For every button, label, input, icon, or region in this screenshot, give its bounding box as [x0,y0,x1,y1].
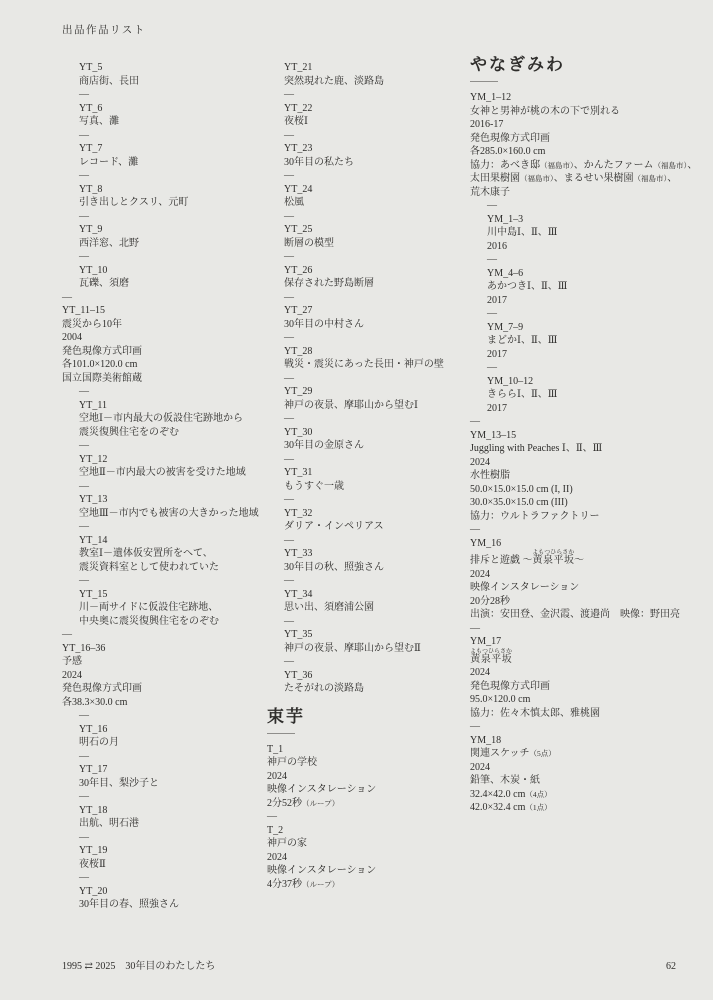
entry-text: YT_26 [284,265,312,276]
entry-text: 協力：佐々木慎太郎、雅桃園 [470,708,600,719]
entry-text: 30年目の私たち [284,157,354,168]
entry-id: YT_16 [79,723,260,737]
entry-line: 松風 [284,196,463,210]
entry-id: YT_14 [79,534,260,548]
entry-line: 2017 [487,348,708,362]
entry-line: 映像インスタレーション [470,581,708,595]
page-number: 62 [666,960,676,974]
entry-id: YT_5 [79,61,260,75]
entry-line: 荒木康子 [470,186,708,200]
entry-text: 空地Ⅰ－市内最大の仮設住宅跡地から [79,413,243,424]
entry-id: YT_31 [284,466,463,480]
entry: YT_3330年目の秋、照強さん [267,547,463,574]
entry-text: 発色現像方式印画 [470,681,550,692]
entry-id: YT_29 [284,385,463,399]
entry-line: 写真、灘 [79,115,260,129]
entry-line: 50.0×15.0×15.0 cm (I, II) [470,483,708,497]
entry-id: YT_12 [79,453,260,467]
entry-text: 各101.0×120.0 cm [62,359,137,370]
entry-text: 予感 [62,656,82,667]
entry: YT_16–36予感2024発色現像方式印画各38.3×30.0 cm [62,642,260,710]
entry: YT_34思い出、須磨浦公園 [267,588,463,615]
entry-text: 2024 [62,670,82,681]
entry-line: 教室Ⅰ－遺体仮安置所をへて、 [79,547,260,561]
entry-text: 、まるせい果樹園 [554,173,634,184]
entry-line: 川－両サイドに仮設住宅跡地、 [79,601,260,615]
entry-text: 30年目の秋、照強さん [284,562,384,573]
entry-text: 瓦礫、須磨 [79,278,129,289]
ruby-annotated-text: 黄泉平坂よもつひらさか [470,654,512,665]
entry-text: 、かんたファーム [574,160,654,171]
entry-line: 30年目の春、照強さん [79,898,260,912]
entry: YT_5商店街、長田 [62,61,260,88]
entry-id: YT_24 [284,183,463,197]
separator-dash: — [267,372,463,386]
entry-text: YT_11 [79,400,107,411]
entry-text: 2024 [267,852,287,863]
entry-note-small: （4点） [525,790,551,799]
separator-dash: — [470,253,708,267]
entry-text: 30年目の春、照強さん [79,899,179,910]
column-2: YT_21突然現れた鹿、淡路島—YT_22夜桜Ⅰ—YT_2330年目の私たち—Y… [267,61,463,891]
entry-text: 保存された野島断層 [284,278,374,289]
entry-line: 30年目の金原さん [284,439,463,453]
entry-line: 国立国際美術館蔵 [62,372,260,386]
entry-line: 2017 [487,294,708,308]
entry-text: 映像インスタレーション [267,865,376,876]
entry-id: YM_16 [470,537,708,551]
entry-text: 西洋窓、北野 [79,238,139,249]
entry-id: YT_32 [284,507,463,521]
separator-dash: — [470,361,708,375]
entry-line: 2016-17 [470,118,708,132]
entry-line: 関連スケッチ（5点） [470,747,708,761]
entry-line: あかつきⅠ、Ⅱ、Ⅲ [487,280,708,294]
entry-note-small: （福島市） [520,174,554,183]
entry-line: 神戸の夜景、摩耶山から望むⅠ [284,399,463,413]
separator-dash: — [62,628,260,642]
entry-text: 震災復興住宅をのぞむ [79,427,179,438]
entry-line: 映像インスタレーション [267,783,463,797]
entry-text: YM_1–12 [470,92,511,103]
entry-text: 、 [687,160,697,171]
entry-text: YT_9 [79,224,102,235]
entry-line: 出航、明石港 [79,817,260,831]
entry: YM_1–3川中島Ⅰ、Ⅱ、Ⅲ2016 [470,213,708,254]
entry-text: 水性樹脂 [470,470,510,481]
separator-dash: — [267,810,463,824]
entry-text: YT_16–36 [62,643,105,654]
entry-line: 排斥と遊戯 ～黄泉平坂よもつひらさか～ [470,550,708,568]
entry-line: 夜桜Ⅰ [284,115,463,129]
entry-note-small: （福島市） [633,174,667,183]
entry-line: 発色現像方式印画 [62,345,260,359]
entry-line: 4分37秒（ループ） [267,878,463,892]
entry-line: 30.0×35.0×15.0 cm (III) [470,496,708,510]
ruby-annotated-text: 黄泉平坂よもつひらさか [533,555,575,566]
entry: YT_2030年目の春、照強さん [62,885,260,912]
separator-dash: — [62,291,260,305]
entry-text: 関連スケッチ [470,748,530,759]
entry-text: YT_6 [79,103,102,114]
entry-line: 川中島Ⅰ、Ⅱ、Ⅲ [487,226,708,240]
entry-line: 発色現像方式印画 [470,680,708,694]
entry-id: YT_17 [79,763,260,777]
entry-id: YT_36 [284,669,463,683]
entry-text: 夜桜Ⅱ [79,859,106,870]
entry-text: YT_28 [284,346,312,357]
entry-line: 黄泉平坂よもつひらさか [470,649,708,667]
entry-line: 協力：ウルトラファクトリー [470,510,708,524]
entry-line: 発色現像方式印画 [470,132,708,146]
entry-line: もうすぐ一歳 [284,480,463,494]
entry-id: YM_10–12 [487,375,708,389]
separator-dash: — [470,307,708,321]
entry-id: YT_34 [284,588,463,602]
entry-line: Juggling with Peaches Ⅰ、Ⅱ、Ⅲ [470,442,708,456]
entry-text: 排斥と遊戯 ～ [470,555,533,566]
entry-text: YT_23 [284,143,312,154]
entry-line: 95.0×120.0 cm [470,693,708,707]
entry-text: 断層の模型 [284,238,334,249]
entry-text: 2016-17 [470,119,503,130]
entry-line: 夜桜Ⅱ [79,858,260,872]
separator-dash: — [267,615,463,629]
entry-text: 神戸の家 [267,838,307,849]
entry-id: YT_21 [284,61,463,75]
entry-text: 出航、明石港 [79,818,139,829]
entry-text: 2024 [470,667,490,678]
entry-line: 太田果樹園（福島市）、まるせい果樹園（福島市）、 [470,172,708,186]
entry-line: 2分52秒（ループ） [267,797,463,811]
entry-text: 2024 [267,771,287,782]
entry-text: 4分37秒 [267,879,302,890]
entry-id: YT_28 [284,345,463,359]
entry-line: 30年目の私たち [284,156,463,170]
entry: YM_7–9まどかⅠ、Ⅱ、Ⅲ2017 [470,321,708,362]
entry-text: 写真、灘 [79,116,119,127]
entry-id: YT_22 [284,102,463,116]
entry: YT_26保存された野島断層 [267,264,463,291]
entry-line: 2017 [487,402,708,416]
entry-text: 2017 [487,295,507,306]
entry-line: 映像インスタレーション [267,864,463,878]
entry-id: YT_15 [79,588,260,602]
entry: YT_2330年目の私たち [267,142,463,169]
document-page: 出品作品リスト YT_5商店街、長田—YT_6写真、灘—YT_7レコード、灘—Y… [0,0,713,1000]
entry-line: 各38.3×30.0 cm [62,696,260,710]
entry-text: 2024 [470,569,490,580]
entry-text: YT_22 [284,103,312,114]
entry-text: 30年目、梨沙子と [79,778,159,789]
entry-text: 女神と男神が桃の木の下で別れる [470,106,620,117]
entry: YT_7レコード、灘 [62,142,260,169]
entry-line: 神戸の夜景、摩耶山から望むⅡ [284,642,463,656]
entry-text: 30年目の金原さん [284,440,364,451]
entry-text: 夜桜Ⅰ [284,116,308,127]
entry-text: 教室Ⅰ－遺体仮安置所をへて、 [79,548,213,559]
entry-text: 2024 [470,457,490,468]
separator-dash: — [267,493,463,507]
entry-text: 20分28秒 [470,596,510,607]
column-3: やなぎみわYM_1–12女神と男神が桃の木の下で別れる2016-17発色現像方式… [470,55,708,815]
entry: YM_10–12きららⅠ、Ⅱ、Ⅲ2017 [470,375,708,416]
entry-text: 震災資料室として使われていた [79,562,219,573]
entry-line: 神戸の家 [267,837,463,851]
entry-line: 42.0×32.4 cm（1点） [470,801,708,815]
entry: YT_2730年目の中村さん [267,304,463,331]
entry-line: 神戸の学校 [267,756,463,770]
heading-rule [267,733,295,734]
entry: YT_24松風 [267,183,463,210]
entry-id: YM_13–15 [470,429,708,443]
entry-line: 各285.0×160.0 cm [470,145,708,159]
entry-line: 震災資料室として使われていた [79,561,260,575]
entry-line: 女神と男神が桃の木の下で別れる [470,105,708,119]
separator-dash: — [62,574,260,588]
entry-line: 各101.0×120.0 cm [62,358,260,372]
entry-note-small: （福島市） [540,161,574,170]
separator-dash: — [267,291,463,305]
separator-dash: — [267,453,463,467]
entry: YT_22夜桜Ⅰ [267,102,463,129]
entry-line: 震災から10年 [62,318,260,332]
entry-text: Juggling with Peaches Ⅰ、Ⅱ、Ⅲ [470,443,602,454]
artist-heading: 束芋 [267,707,463,727]
entry-id: T_2 [267,824,463,838]
separator-dash: — [62,709,260,723]
entry: YT_11–15震災から10年2004発色現像方式印画各101.0×120.0 … [62,304,260,385]
separator-dash: — [62,169,260,183]
entry-text: YT_16 [79,724,107,735]
page-footer: 1995 ⇄ 2025 30年目のわたしたち 62 [62,960,676,974]
entry-text: 映像インスタレーション [267,784,376,795]
entry: YM_18関連スケッチ（5点）2024鉛筆、木炭・紙32.4×42.0 cm（4… [470,734,708,815]
entry: YT_13空地Ⅲ－市内でも被害の大きかった地域 [62,493,260,520]
entry: YM_17黄泉平坂よもつひらさか2024発色現像方式印画95.0×120.0 c… [470,635,708,720]
entry-line: 西洋窓、北野 [79,237,260,251]
entry-text: YT_30 [284,427,312,438]
entry-line: 2004 [62,331,260,345]
separator-dash: — [267,88,463,102]
entry-text: 30年目の中村さん [284,319,364,330]
separator-dash: — [267,250,463,264]
separator-dash: — [267,331,463,345]
entry-line: 引き出しとクスリ、元町 [79,196,260,210]
entry-text: YT_24 [284,184,312,195]
separator-dash: — [62,871,260,885]
entry-text: YM_4–6 [487,268,523,279]
separator-dash: — [62,88,260,102]
entry: YM_13–15Juggling with Peaches Ⅰ、Ⅱ、Ⅲ2024水… [470,429,708,524]
entry-id: YT_11–15 [62,304,260,318]
entry-line: たそがれの淡路島 [284,682,463,696]
separator-dash: — [62,750,260,764]
entry-text: 2017 [487,349,507,360]
entry-text: YT_36 [284,670,312,681]
entry-id: YT_6 [79,102,260,116]
entry: YT_32ダリア・インペリアス [267,507,463,534]
entry-text: 引き出しとクスリ、元町 [79,197,188,208]
entry-text: YT_7 [79,143,102,154]
entry-text: YM_16 [470,538,501,549]
separator-dash: — [267,169,463,183]
entry-text: 川－両サイドに仮設住宅跡地、 [79,602,218,613]
entry-text: 各285.0×160.0 cm [470,146,545,157]
entry: YT_16明石の月 [62,723,260,750]
entry-text: YT_31 [284,467,312,478]
separator-dash: — [470,415,708,429]
entry-line: 出演：安田登、金沢霞、渡邉尚 映像：野田亮 [470,608,708,622]
entry-text: 鉛筆、木炭・紙 [470,775,540,786]
entry-text: 空地Ⅱ－市内最大の被害を受けた地域 [79,467,246,478]
separator-dash: — [62,439,260,453]
entry: YT_28戦災・震災にあった長田・神戸の壁 [267,345,463,372]
heading-rule [470,81,498,82]
entry-line: 震災復興住宅をのぞむ [79,426,260,440]
entry-text: あかつきⅠ、Ⅱ、Ⅲ [487,281,567,292]
entry-line: 空地Ⅰ－市内最大の仮設住宅跡地から [79,412,260,426]
entry-line: 20分28秒 [470,595,708,609]
entry-text: YT_13 [79,494,107,505]
entry-text: 32.4×42.0 cm [470,789,525,800]
entry-text: 商店街、長田 [79,76,139,87]
entry-note-small: （5点） [530,749,556,758]
entry-text: ダリア・インペリアス [284,521,384,532]
entry-text: 川中島Ⅰ、Ⅱ、Ⅲ [487,227,557,238]
separator-dash: — [62,790,260,804]
entry-text: 荒木康子 [470,187,510,198]
entry-text: YT_19 [79,845,107,856]
entry: YT_19夜桜Ⅱ [62,844,260,871]
entry-text: 2分52秒 [267,798,302,809]
entry: YM_1–12女神と男神が桃の木の下で別れる2016-17発色現像方式印画各28… [470,91,708,199]
entry-text: 国立国際美術館蔵 [62,373,142,384]
separator-dash: — [62,480,260,494]
entry-id: YT_20 [79,885,260,899]
entry: YT_29神戸の夜景、摩耶山から望むⅠ [267,385,463,412]
separator-dash: — [62,385,260,399]
entry-id: YM_17 [470,635,708,649]
separator-dash: — [470,720,708,734]
entry-id: YT_18 [79,804,260,818]
entry-text: YT_33 [284,548,312,559]
entry-note-small: （福島市） [654,161,688,170]
entry-line: 発色現像方式印画 [62,682,260,696]
entry-text: 松風 [284,197,304,208]
entry-line: 協力：あべき邸（福島市）、かんたファーム（福島市）、 [470,159,708,173]
entry-text: 2016 [487,241,507,252]
entry: T_1神戸の学校2024映像インスタレーション2分52秒（ループ） [267,743,463,811]
entry-text: 50.0×15.0×15.0 cm (I, II) [470,484,573,495]
entry-text: 神戸の夜景、摩耶山から望むⅡ [284,643,421,654]
entry-text: 発色現像方式印画 [470,133,550,144]
entry-text: T_2 [267,825,283,836]
entry-line: 思い出、須磨浦公園 [284,601,463,615]
entry-line: 明石の月 [79,736,260,750]
entry-text: 明石の月 [79,737,119,748]
entry-id: YT_9 [79,223,260,237]
entry-text: YT_18 [79,805,107,816]
entry-id: YT_33 [284,547,463,561]
entry: YT_31もうすぐ一歳 [267,466,463,493]
entry-text: YT_34 [284,589,312,600]
entry-text: YT_10 [79,265,107,276]
entry: YT_10瓦礫、須磨 [62,264,260,291]
entry: YT_8引き出しとクスリ、元町 [62,183,260,210]
entry-text: 神戸の学校 [267,757,317,768]
entry-text: 突然現れた鹿、淡路島 [284,76,384,87]
entry-id: YM_7–9 [487,321,708,335]
page-title: 出品作品リスト [62,24,146,38]
entry: YT_18出航、明石港 [62,804,260,831]
footer-exhibition-title: 1995 ⇄ 2025 30年目のわたしたち [62,961,215,972]
entry-line: 2024 [470,456,708,470]
entry-text: まどかⅠ、Ⅱ、Ⅲ [487,335,557,346]
entry-id: YT_35 [284,628,463,642]
entry-line: 商店街、長田 [79,75,260,89]
entry-text: YT_29 [284,386,312,397]
entry-text: きららⅠ、Ⅱ、Ⅲ [487,389,557,400]
separator-dash: — [62,520,260,534]
entry-text: YT_35 [284,629,312,640]
entry-text: YM_17 [470,636,501,647]
entry-line: レコード、灘 [79,156,260,170]
column-1: YT_5商店街、長田—YT_6写真、灘—YT_7レコード、灘—YT_8引き出しと… [62,61,260,912]
entry-id: YT_8 [79,183,260,197]
entry-line: 鉛筆、木炭・紙 [470,774,708,788]
entry-text: 、 [667,173,677,184]
entry-id: YT_30 [284,426,463,440]
entry-text: 協力：あべき邸 [470,160,540,171]
entry-text: 中央奥に震災復興住宅をのぞむ [79,616,219,627]
separator-dash: — [62,129,260,143]
entry-text: 思い出、須磨浦公園 [284,602,374,613]
entry-text: 発色現像方式印画 [62,346,142,357]
separator-dash: — [267,655,463,669]
entry-text: YM_13–15 [470,430,516,441]
entry-line: 2024 [470,666,708,680]
entry-note-small: （ループ） [302,880,339,889]
separator-dash: — [470,523,708,537]
entry-text: YT_8 [79,184,102,195]
entry-text: 42.0×32.4 cm [470,802,525,813]
entry: YT_35神戸の夜景、摩耶山から望むⅡ [267,628,463,655]
entry-text: 戦災・震災にあった長田・神戸の壁 [284,359,444,370]
entry-line: ダリア・インペリアス [284,520,463,534]
entry-text: 協力：ウルトラファクトリー [470,511,600,522]
entry-line: 30年目の中村さん [284,318,463,332]
entry-id: T_1 [267,743,463,757]
entry-text: 出演：安田登、金沢霞、渡邉尚 映像：野田亮 [470,609,680,620]
entry-text: 震災から10年 [62,319,122,330]
entry-text: YT_5 [79,62,102,73]
separator-dash: — [62,250,260,264]
entry: YM_16排斥と遊戯 ～黄泉平坂よもつひらさか～2024映像インスタレーション2… [470,537,708,622]
entry-text: YT_15 [79,589,107,600]
entry-note-small: （ループ） [302,799,339,808]
entry-text: 発色現像方式印画 [62,683,142,694]
entry-text: YM_1–3 [487,214,523,225]
entry: T_2神戸の家2024映像インスタレーション4分37秒（ループ） [267,824,463,892]
entry-line: 協力：佐々木慎太郎、雅桃園 [470,707,708,721]
entry-line: 中央奥に震災復興住宅をのぞむ [79,615,260,629]
entry-line: 水性樹脂 [470,469,708,483]
entry-text: 2004 [62,332,82,343]
entry-id: YM_1–12 [470,91,708,105]
separator-dash: — [62,210,260,224]
entry-text: 95.0×120.0 cm [470,694,530,705]
